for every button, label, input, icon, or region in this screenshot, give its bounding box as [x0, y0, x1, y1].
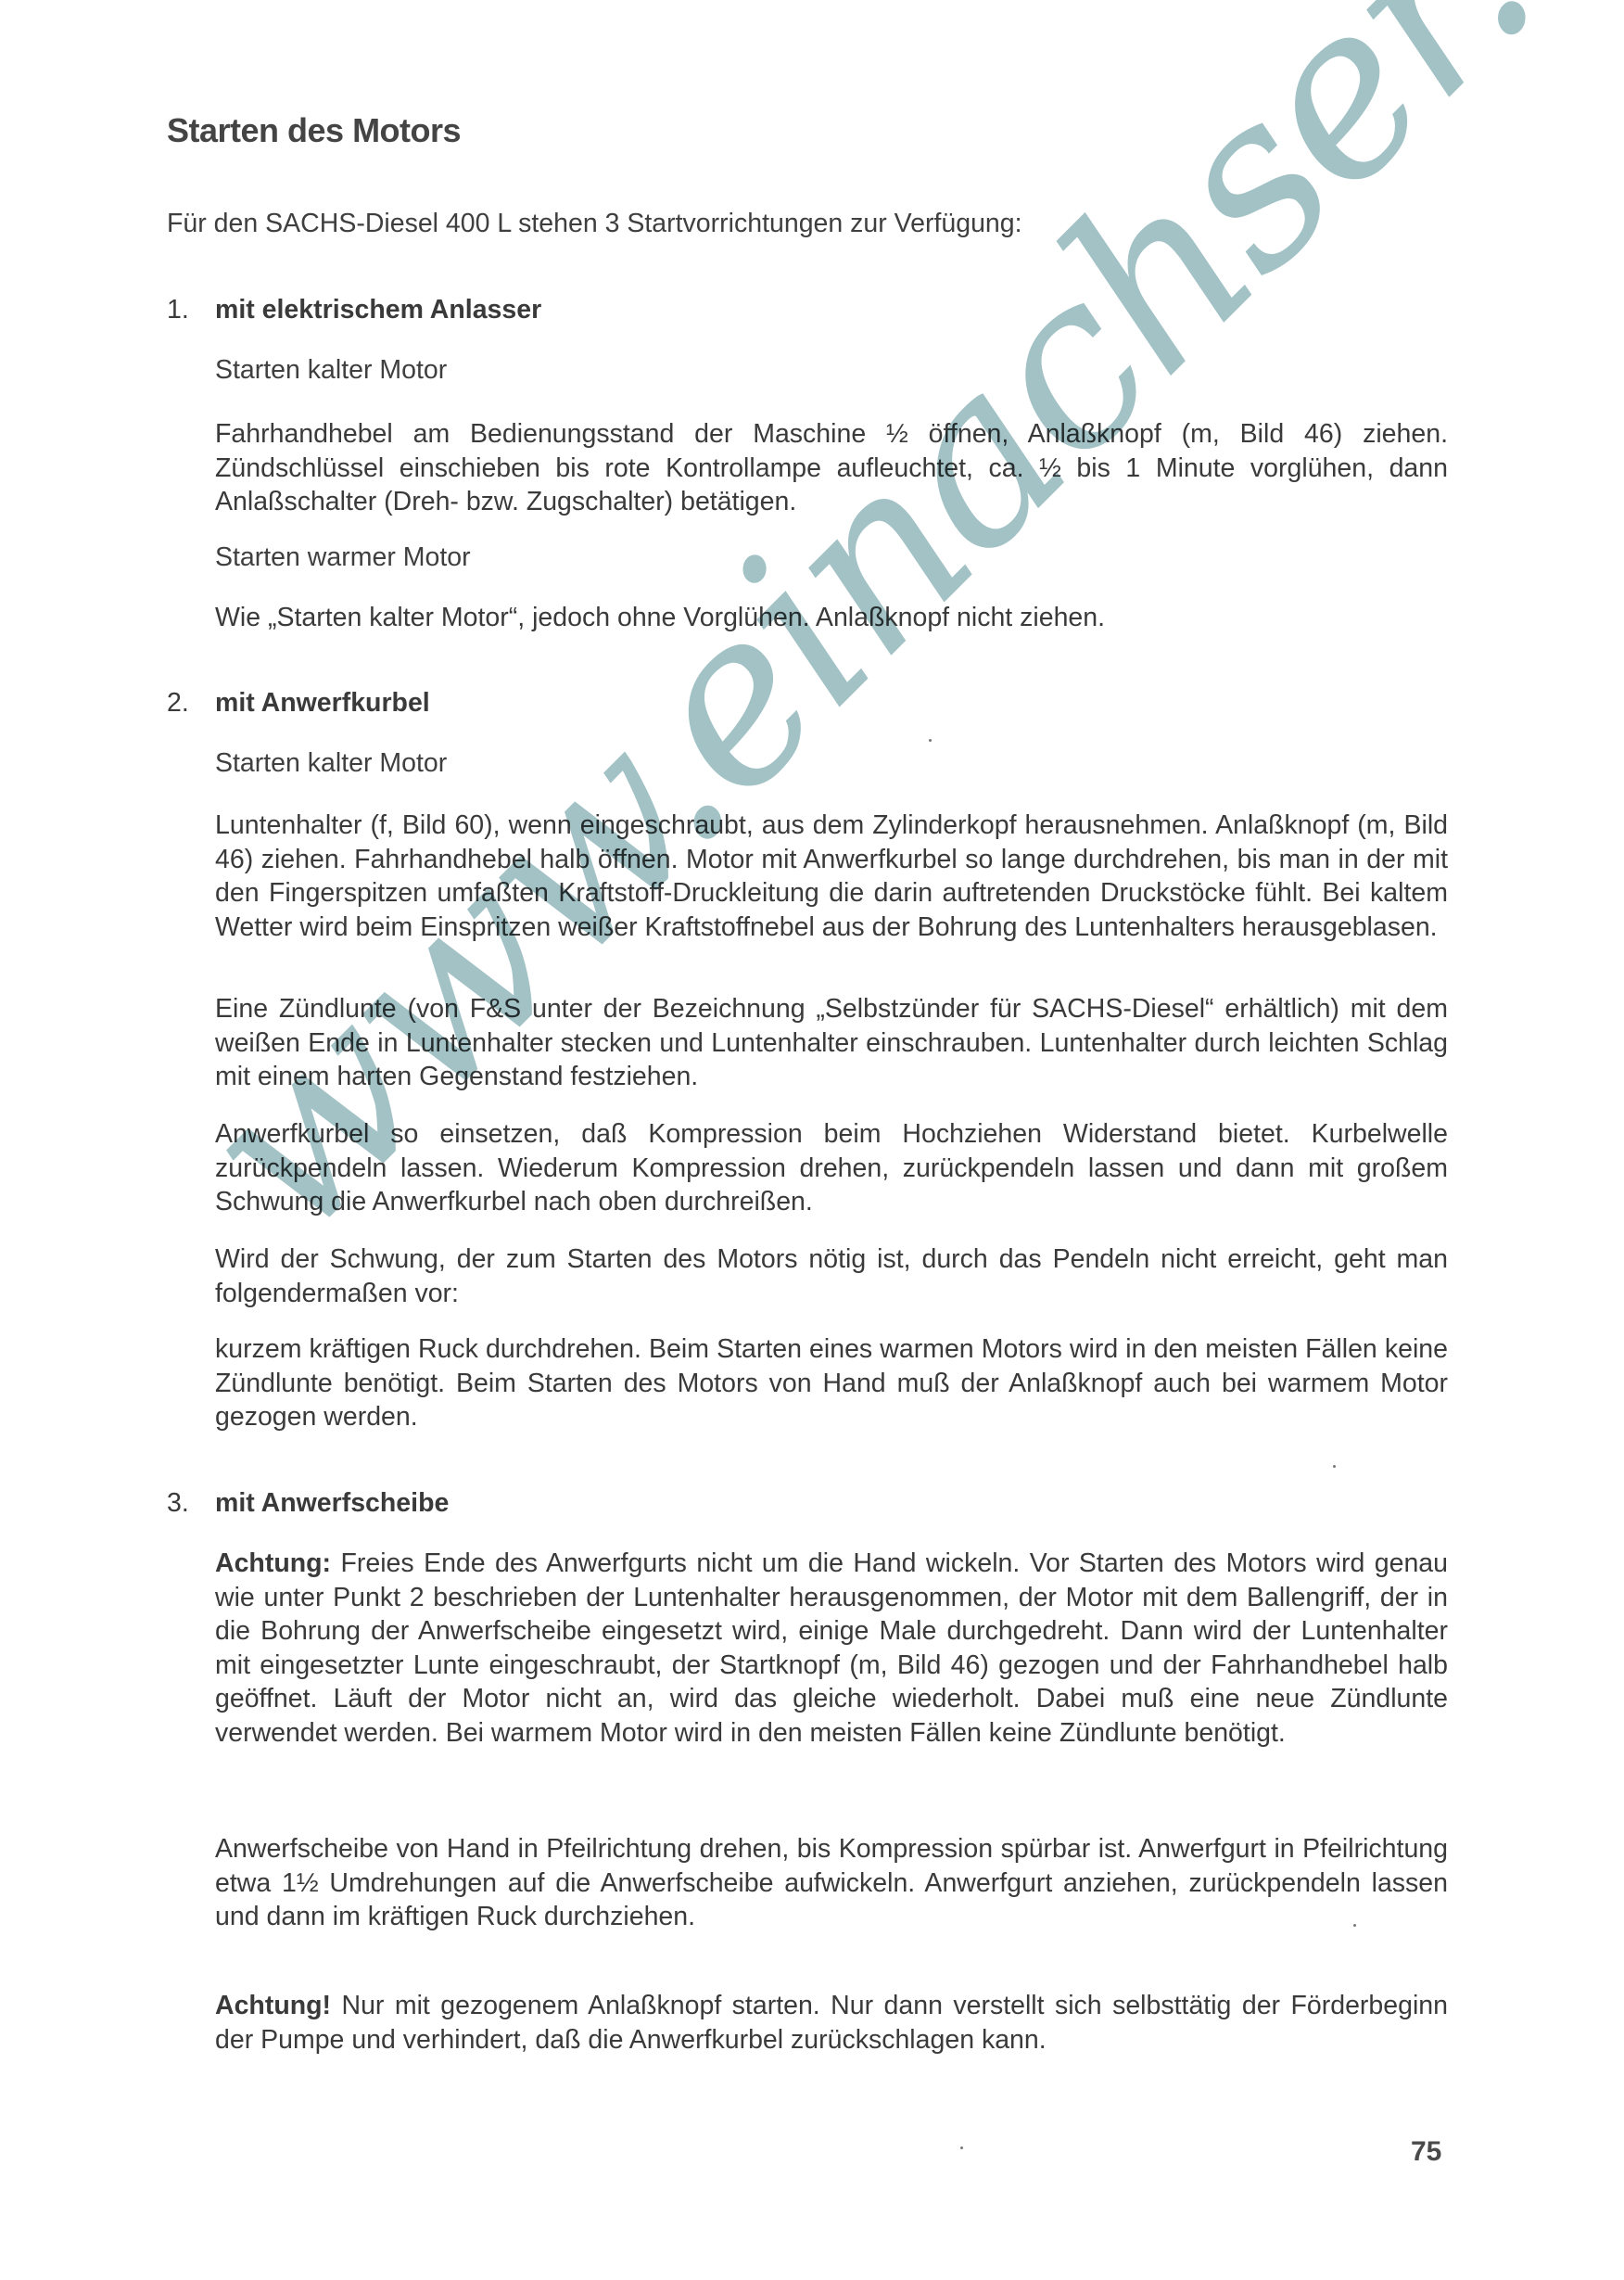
section-number: 2. [167, 688, 215, 719]
scan-speck [1333, 1465, 1336, 1468]
paragraph: Wird der Schwung, der zum Starten des Mo… [215, 1242, 1448, 1310]
paragraph: Wie „Starten kalter Motor“, jedoch ohne … [215, 601, 1448, 635]
final-warning-lead: Achtung! [215, 1991, 331, 2020]
section-2-heading: 2. mit Anwerfkurbel [167, 688, 430, 719]
subsection-label: Starten warmer Motor [215, 542, 471, 573]
scan-speck [960, 2146, 963, 2149]
section-number: 3. [167, 1488, 215, 1519]
warning-lead: Achtung: [215, 1548, 331, 1578]
section-1-heading: 1. mit elektrischem Anlasser [167, 295, 541, 325]
section-title: mit Anwerfkurbel [215, 688, 430, 719]
final-warning: Achtung! Nur mit gezogenem Anlaßknopf st… [215, 1989, 1448, 2057]
paragraph-text: Anwerfscheibe von Hand in Pfeilrichtung … [215, 1834, 1448, 1931]
warning-text: Freies Ende des Anwerfgurts nicht um die… [215, 1548, 1448, 1748]
paragraph: Luntenhalter (f, Bild 60), wenn eingesch… [215, 809, 1448, 944]
section-title: mit elektrischem Anlasser [215, 295, 541, 325]
paragraph: Anwerfscheibe von Hand in Pfeilrichtung … [215, 1832, 1448, 1934]
warning-paragraph: Achtung: Freies Ende des Anwerfgurts nic… [215, 1547, 1448, 1750]
page-number: 75 [1411, 2136, 1441, 2168]
section-title: mit Anwerfscheibe [215, 1488, 449, 1519]
paragraph: Fahrhandhebel am Bedienungsstand der Mas… [215, 417, 1448, 519]
document-page: Starten des Motors Für den SACHS-Diesel … [0, 0, 1624, 2280]
section-3-heading: 3. mit Anwerfscheibe [167, 1488, 449, 1519]
paragraph: Eine Zündlunte (von F&S unter der Bezeic… [215, 992, 1448, 1094]
scan-speck [1353, 1924, 1356, 1927]
page-title: Starten des Motors [167, 111, 461, 150]
section-number: 1. [167, 295, 215, 325]
paragraph: kurzem kräftigen Ruck durchdrehen. Beim … [215, 1332, 1448, 1434]
scan-speck [929, 739, 932, 742]
final-warning-text: Nur mit gezogenem Anlaßknopf starten. Nu… [215, 1991, 1448, 2055]
subsection-label: Starten kalter Motor [215, 355, 447, 386]
paragraph: Anwerfkurbel so einsetzen, daß Kompressi… [215, 1117, 1448, 1219]
intro-text: Für den SACHS-Diesel 400 L stehen 3 Star… [167, 209, 1022, 239]
subsection-label: Starten kalter Motor [215, 748, 447, 779]
